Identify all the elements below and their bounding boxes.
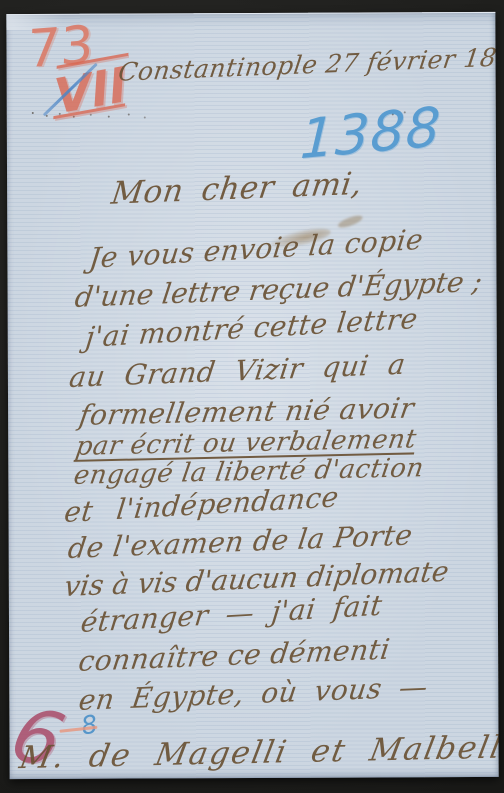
letter-line: connaître ce démenti: [77, 633, 393, 678]
letter-line: Je vous envoie la copie: [87, 223, 425, 275]
letter-dateline: Constantinople 27 février 1857.: [117, 41, 499, 87]
letter-line: en Égypte, où vous —: [77, 670, 430, 717]
inventory-number-blue: 1388: [299, 95, 443, 171]
letter-salutation: Mon cher ami,: [109, 166, 364, 212]
scan-background: 73 VII 1388 Constantinople 27 février 18…: [0, 0, 504, 793]
ink-specks: [32, 112, 34, 114]
letter-line: au Grand Vizir qui a: [67, 348, 407, 394]
letter-page: 73 VII 1388 Constantinople 27 février 18…: [6, 12, 498, 779]
